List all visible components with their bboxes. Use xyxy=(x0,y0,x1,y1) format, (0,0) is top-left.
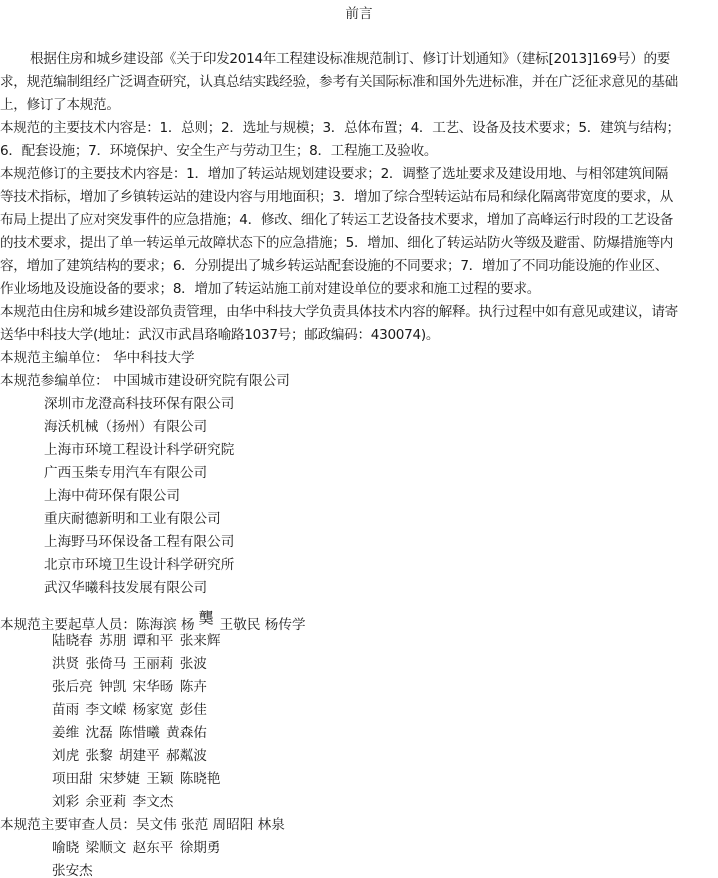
drafter-names: 王敬民 杨传学 xyxy=(220,617,306,633)
revision-line: 的技术要求，提出了单一转运单元故障状态下的应急措施；5．增加、细化了转运站防火等… xyxy=(0,232,716,255)
intro-line: 求，规范编制组经广泛调查研究，认真总结实践经验，参考有关国际标准和国外先进标准，… xyxy=(0,71,716,94)
intro-line: 根据住房和城乡建设部《关于印发2014年工程建设标准规范制订、修订计划通知》（建… xyxy=(0,48,716,71)
participating-unit: 海沃机械（扬州）有限公司 xyxy=(44,416,207,439)
drafter-names: 刘虎 张黎 胡建平 郝粼波 xyxy=(52,745,207,768)
rare-character-image: 龑 xyxy=(199,607,214,630)
reviewer-names: 张安杰 xyxy=(52,860,93,878)
drafter-names: 姜维 沈磊 陈惜曦 黄森佑 xyxy=(52,722,207,745)
drafter-names: 苗雨 李文嵘 杨家宽 彭佳 xyxy=(52,699,207,722)
reviewer-names: 吴文伟 张范 周昭阳 林泉 xyxy=(136,817,285,833)
intro-line: 上，修订了本规范。 xyxy=(0,94,716,117)
reviewers-row: 本规范主要审查人员：吴文伟 张范 周昭阳 林泉 xyxy=(0,814,285,837)
drafter-names: 陆晓春 苏朋 谭和平 张来辉 xyxy=(52,630,221,653)
chief-editor-label: 本规范主编单位： xyxy=(0,350,109,366)
participating-unit: 武汉华曦科技发展有限公司 xyxy=(44,577,207,600)
main-content-paragraph: 本规范的主要技术内容是：1．总则；2．选址与规模；3．总体布置；4．工艺、设备及… xyxy=(0,117,716,163)
participating-unit: 中国城市建设研究院有限公司 xyxy=(113,373,290,389)
drafter-names: 刘彩 余亚莉 李文杰 xyxy=(52,791,173,814)
participating-unit: 深圳市龙澄高科技环保有限公司 xyxy=(44,393,234,416)
main-content-line: 本规范的主要技术内容是：1．总则；2．选址与规模；3．总体布置；4．工艺、设备及… xyxy=(0,117,716,140)
participating-unit: 重庆耐德新明和工业有限公司 xyxy=(44,508,221,531)
reviewers-label: 本规范主要审查人员： xyxy=(0,817,136,833)
drafter-names: 张后亮 钟凯 宋华旸 陈卉 xyxy=(52,676,207,699)
chief-editor-value: 华中科技大学 xyxy=(113,350,195,366)
participating-units-row: 本规范参编单位： 中国城市建设研究院有限公司 xyxy=(0,370,290,393)
page-title: 前言 xyxy=(0,4,718,24)
revision-content-paragraph: 本规范修订的主要技术内容是：1．增加了转运站规划建设要求；2．调整了选址要求及建… xyxy=(0,163,716,301)
participating-unit: 上海市环境工程设计科学研究院 xyxy=(44,439,234,462)
intro-paragraph: 根据住房和城乡建设部《关于印发2014年工程建设标准规范制订、修订计划通知》（建… xyxy=(0,48,716,117)
reviewer-names: 喻晓 梁顺文 赵东平 徐期勇 xyxy=(52,837,221,860)
management-paragraph: 本规范由住房和城乡建设部负责管理，由华中科技大学负责具体技术内容的解释。执行过程… xyxy=(0,301,716,347)
revision-line: 等技术指标，增加了乡镇转运站的建设内容与用地面积；3．增加了综合型转运站布局和绿… xyxy=(0,186,716,209)
revision-line: 布局上提出了应对突发事件的应急措施；4．修改、细化了转运工艺设备技术要求，增加了… xyxy=(0,209,716,232)
revision-line: 作业场地及设施设备的要求；8．增加了转运站施工前对建设单位的要求和施工过程的要求… xyxy=(0,278,716,301)
revision-line: 本规范修订的主要技术内容是：1．增加了转运站规划建设要求；2．调整了选址要求及建… xyxy=(0,163,716,186)
main-content-line: 6．配套设施；7．环境保护、安全生产与劳动卫生；8．工程施工及验收。 xyxy=(0,140,716,163)
participating-unit: 广西玉柴专用汽车有限公司 xyxy=(44,462,207,485)
participating-unit: 上海中荷环保有限公司 xyxy=(44,485,180,508)
management-line: 本规范由住房和城乡建设部负责管理，由华中科技大学负责具体技术内容的解释。执行过程… xyxy=(0,301,716,324)
participating-unit: 北京市环境卫生设计科学研究所 xyxy=(44,554,234,577)
management-line: 送华中科技大学(地址：武汉市武昌珞喻路1037号；邮政编码：430074)。 xyxy=(0,324,716,347)
drafter-names: 洪贤 张倚马 王丽莉 张波 xyxy=(52,653,207,676)
chief-editor-row: 本规范主编单位： 华中科技大学 xyxy=(0,347,195,370)
drafter-names: 项田甜 宋梦婕 王颖 陈晓艳 xyxy=(52,768,221,791)
revision-line: 容，增加了建筑结构的要求；6．分别提出了城乡转运站配套设施的不同要求；7．增加了… xyxy=(0,255,716,278)
participating-units-label: 本规范参编单位： xyxy=(0,373,109,389)
participating-unit: 上海野马环保设备工程有限公司 xyxy=(44,531,234,554)
